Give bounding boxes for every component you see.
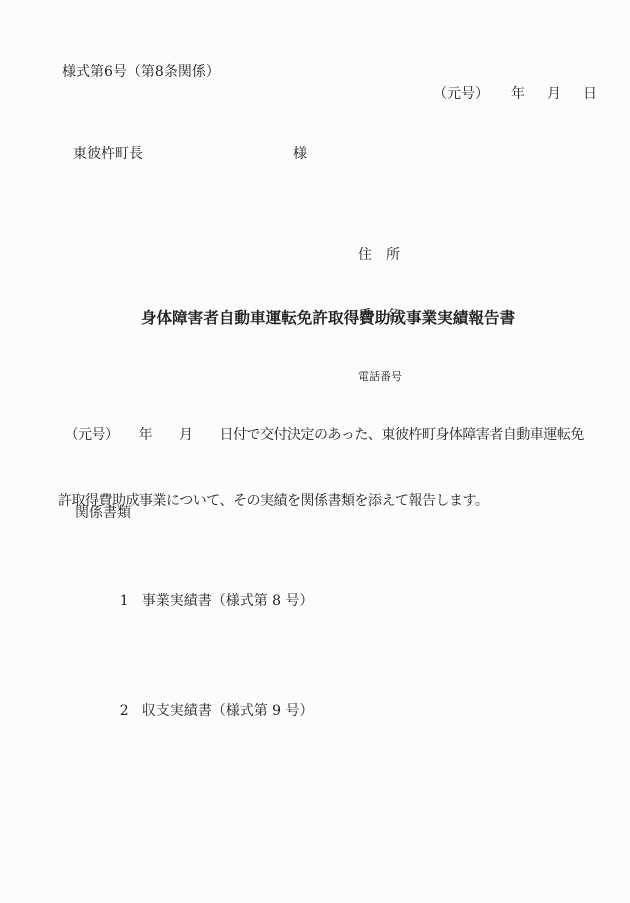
attachment-item: 2収支実績書（様式第 9 号） [75,678,314,744]
attachment-item-label: 事業実績書（様式第 8 号） [142,593,314,609]
year-label: 年 [511,87,525,101]
addressee-line: 東彼杵町長 様 [73,147,307,161]
attachments-heading: 関係書類 [75,502,314,524]
attachment-item-number: 2 [120,700,142,722]
applicant-address-label: 住 所 [358,245,402,265]
attachment-item-number: 1 [120,590,142,612]
attachment-item: 1事業実績書（様式第 8 号） [75,568,314,634]
era-placeholder: （元号） [433,87,489,101]
form-number: 様式第6号（第8条関係） [62,65,220,79]
month-label: 月 [547,87,561,101]
addressee-name: 東彼杵町長 [73,147,143,161]
document-page: 様式第6号（第8条関係） （元号） 年 月 日 東彼杵町長 様 住 所 氏 名 … [0,0,630,903]
document-title: 身体障害者自動車運転免許取得費助成事業実績報告書 [58,310,598,326]
addressee-honorific: 様 [293,147,307,161]
attachments-section: 関係書類 1事業実績書（様式第 8 号） 2収支実績書（様式第 9 号） [75,458,314,788]
day-label: 日 [583,87,597,101]
date-line: （元号） 年 月 日 [433,87,597,101]
attachment-item-label: 収支実績書（様式第 9 号） [142,703,314,719]
body-paragraph-line-1: （元号） 年 月 日付で交付決定のあった、東彼杵町身体障害者自動車運転免 [58,424,584,446]
